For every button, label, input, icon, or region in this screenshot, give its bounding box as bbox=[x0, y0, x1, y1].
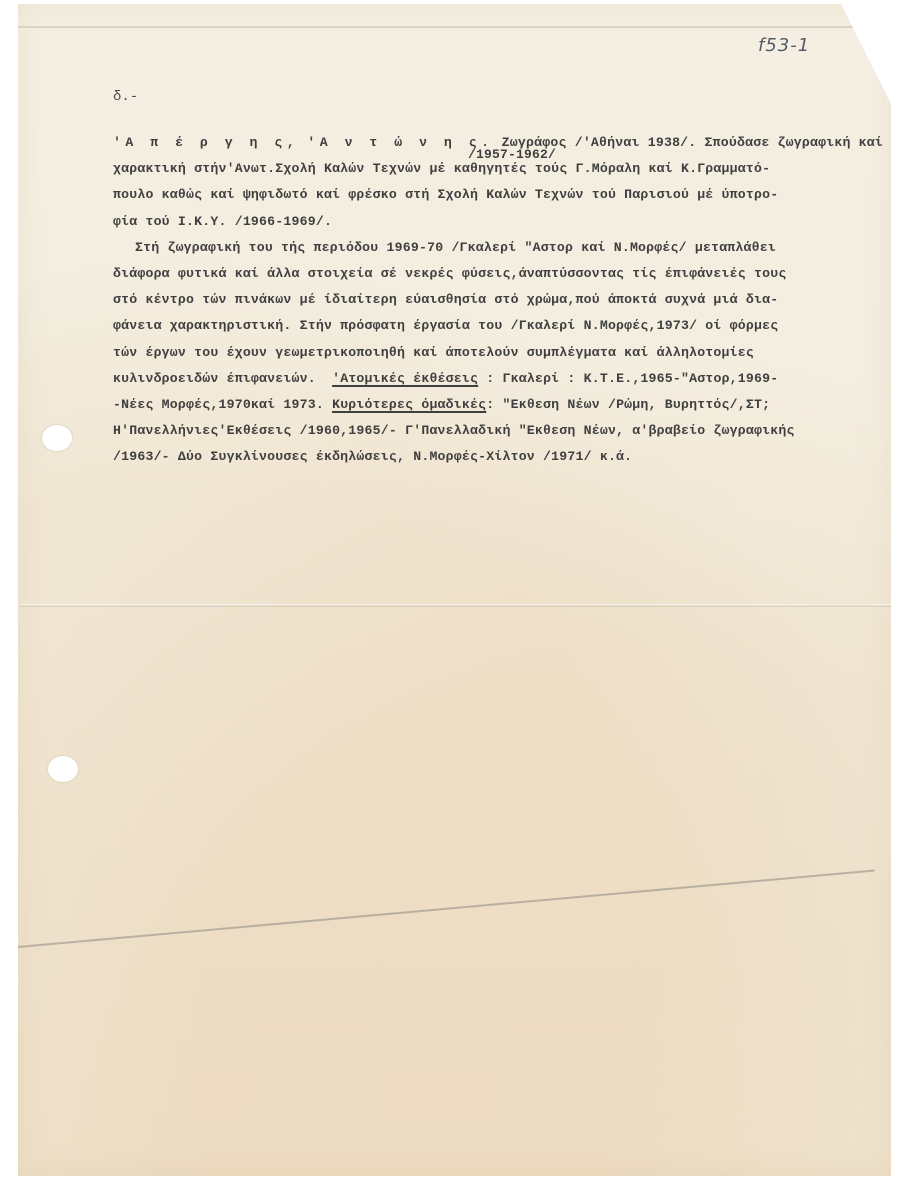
first-name: 'Α ν τ ώ ν η ς. bbox=[307, 135, 493, 150]
group-exhibitions-list: : "Εκθεση Νέων /Ρώμη, Βυρηττός/,ΣΤ; bbox=[486, 397, 770, 412]
handwritten-reference: f53-1 bbox=[758, 35, 810, 56]
section-label: δ.- bbox=[113, 89, 138, 105]
exhibitions-line-1: κυλινδροειδών έπιφανειών. 'Ατομικές έκθέ… bbox=[113, 366, 873, 392]
para2-line-1: Στή ζωγραφική του τής περιόδου 1969-70 /… bbox=[113, 235, 873, 261]
entry-line-3: πουλο καθώς καί ψηφιδωτό καί φρέσκο στή … bbox=[113, 182, 873, 208]
entry-line-2: /1957-1962/ χαρακτική στήν'Ανωτ.Σχολή Κα… bbox=[113, 156, 873, 182]
biography-entry: 'Α π έ ρ γ η ς, 'Α ν τ ώ ν η ς. Ζωγράφος… bbox=[113, 130, 873, 471]
folded-corner bbox=[841, 4, 891, 104]
exhibitions-line-3: Η'Πανελλήνιες'Εκθέσεις /1960,1965/- Γ'Πα… bbox=[113, 418, 873, 444]
punch-hole-lower bbox=[48, 756, 78, 782]
fold-line-middle bbox=[18, 604, 891, 607]
exhibitions-line-2: -Νέες Μορφές,1970καί 1973. Κυριότερες όμ… bbox=[113, 392, 873, 418]
para2-line-5: τών έργων του έχουν γεωμετρικοποιηθή καί… bbox=[113, 340, 873, 366]
solo-exhibitions-list: : Γκαλερί : Κ.Τ.Ε.,1965-"Αστορ,1969- bbox=[478, 371, 778, 386]
para2-line-4: φάνεια χαρακτηριστική. Στήν πρόσφατη έργ… bbox=[113, 313, 873, 339]
entry-line-4: φία τού Ι.Κ.Υ. /1966-1969/. bbox=[113, 209, 873, 235]
fold-line-top bbox=[18, 26, 891, 28]
para2-line-2: διάφορα φυτικά καί άλλα στοιχεία σέ νεκρ… bbox=[113, 261, 873, 287]
surname: 'Α π έ ρ γ η ς, bbox=[113, 135, 299, 150]
solo-exhibitions-cont: -Νέες Μορφές,1970καί 1973. bbox=[113, 397, 332, 412]
exhibitions-line-4: /1963/- Δύο Συγκλίνουσες έκδηλώσεις, Ν.Μ… bbox=[113, 444, 873, 470]
group-exhibitions-heading: Κυριότερες όμαδικές bbox=[332, 397, 486, 412]
solo-exhibitions-heading: 'Ατομικές έκθέσεις bbox=[332, 371, 478, 386]
entry-line-2-text: χαρακτική στήν'Ανωτ.Σχολή Καλών Τεχνών μ… bbox=[113, 161, 770, 176]
para2-line-3: στό κέντρο τών πινάκων μέ ίδιαίτερη εύαι… bbox=[113, 287, 873, 313]
punch-hole-upper bbox=[42, 425, 72, 451]
cylinders-text: κυλινδροειδών έπιφανειών. bbox=[113, 371, 316, 386]
interlinear-insert: /1957-1962/ bbox=[468, 142, 556, 168]
diagonal-crease bbox=[18, 870, 875, 948]
